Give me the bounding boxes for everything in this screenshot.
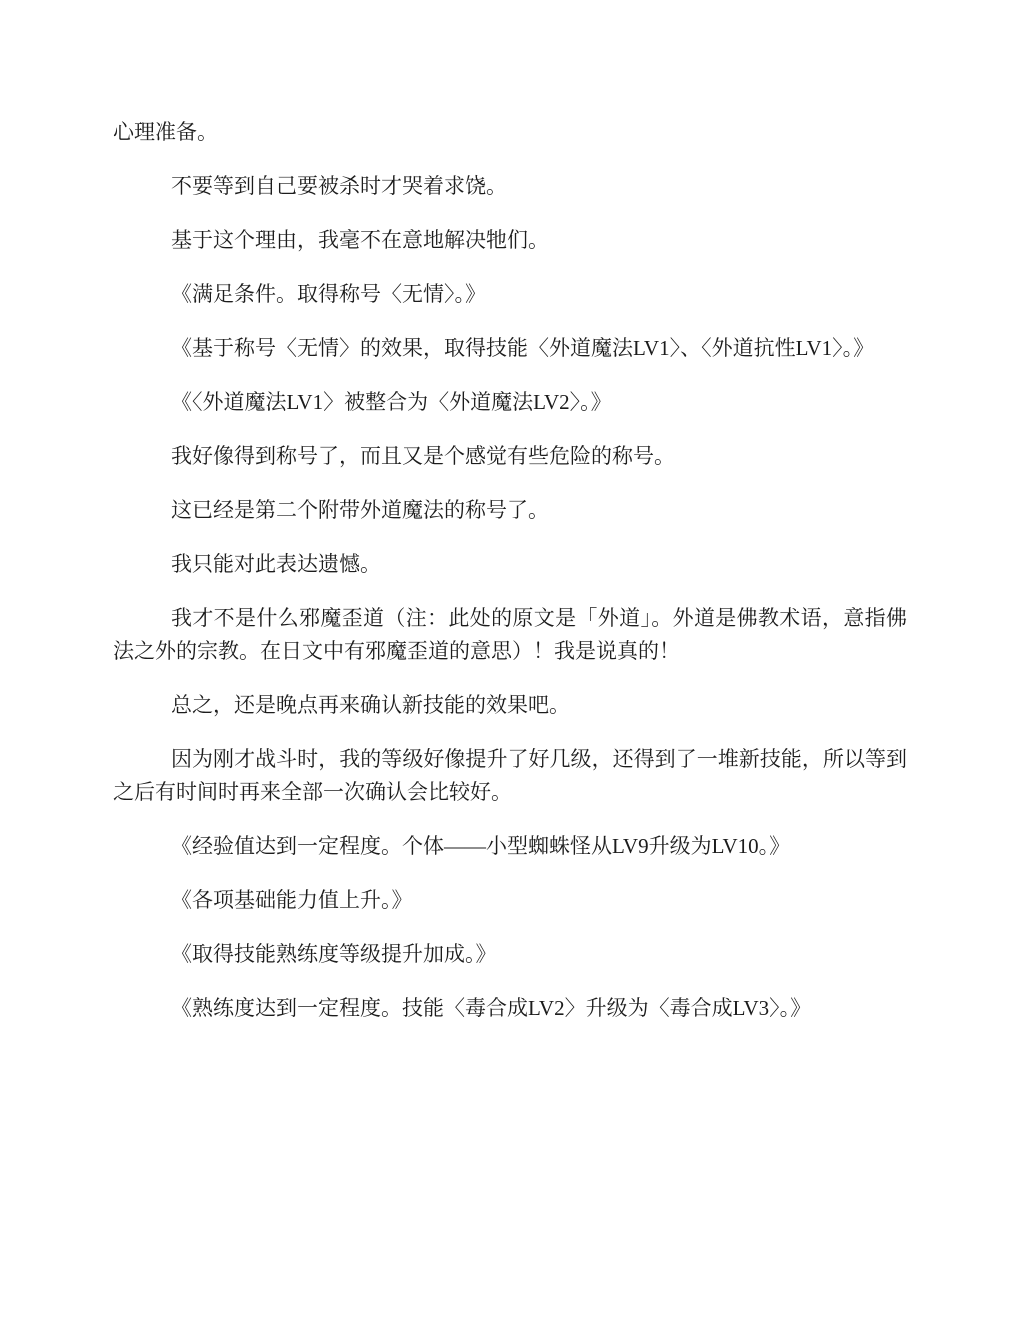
paragraph: 不要等到自己要被杀时才哭着求饶。	[113, 170, 907, 203]
paragraph: 《熟练度达到一定程度。技能〈毒合成LV2〉升级为〈毒合成LV3〉。》	[113, 992, 907, 1025]
novel-text-block: 心理准备。 不要等到自己要被杀时才哭着求饶。 基于这个理由，我毫不在意地解决牠们…	[113, 116, 907, 1046]
paragraph: 总之，还是晚点再来确认新技能的效果吧。	[113, 689, 907, 722]
paragraph: 《各项基础能力值上升。》	[113, 884, 907, 917]
paragraph: 《取得技能熟练度等级提升加成。》	[113, 938, 907, 971]
paragraph: 《经验值达到一定程度。个体——小型蜘蛛怪从LV9升级为LV10。》	[113, 830, 907, 863]
paragraph: 我才不是什么邪魔歪道（注：此处的原文是「外道」。外道是佛教术语，意指佛法之外的宗…	[113, 602, 907, 668]
ebook-page: 心理准备。 不要等到自己要被杀时才哭着求饶。 基于这个理由，我毫不在意地解决牠们…	[0, 0, 1020, 1320]
paragraph: 这已经是第二个附带外道魔法的称号了。	[113, 494, 907, 527]
paragraph: 《满足条件。取得称号〈无情〉。》	[113, 278, 907, 311]
paragraph: 我好像得到称号了，而且又是个感觉有些危险的称号。	[113, 440, 907, 473]
paragraph: 《基于称号〈无情〉的效果，取得技能〈外道魔法LV1〉、〈外道抗性LV1〉。》	[113, 332, 907, 365]
paragraph: 基于这个理由，我毫不在意地解决牠们。	[113, 224, 907, 257]
paragraph: 《〈外道魔法LV1〉被整合为〈外道魔法LV2〉。》	[113, 386, 907, 419]
paragraph: 因为刚才战斗时，我的等级好像提升了好几级，还得到了一堆新技能，所以等到之后有时间…	[113, 743, 907, 809]
paragraph: 我只能对此表达遗憾。	[113, 548, 907, 581]
paragraph: 心理准备。	[113, 116, 907, 149]
